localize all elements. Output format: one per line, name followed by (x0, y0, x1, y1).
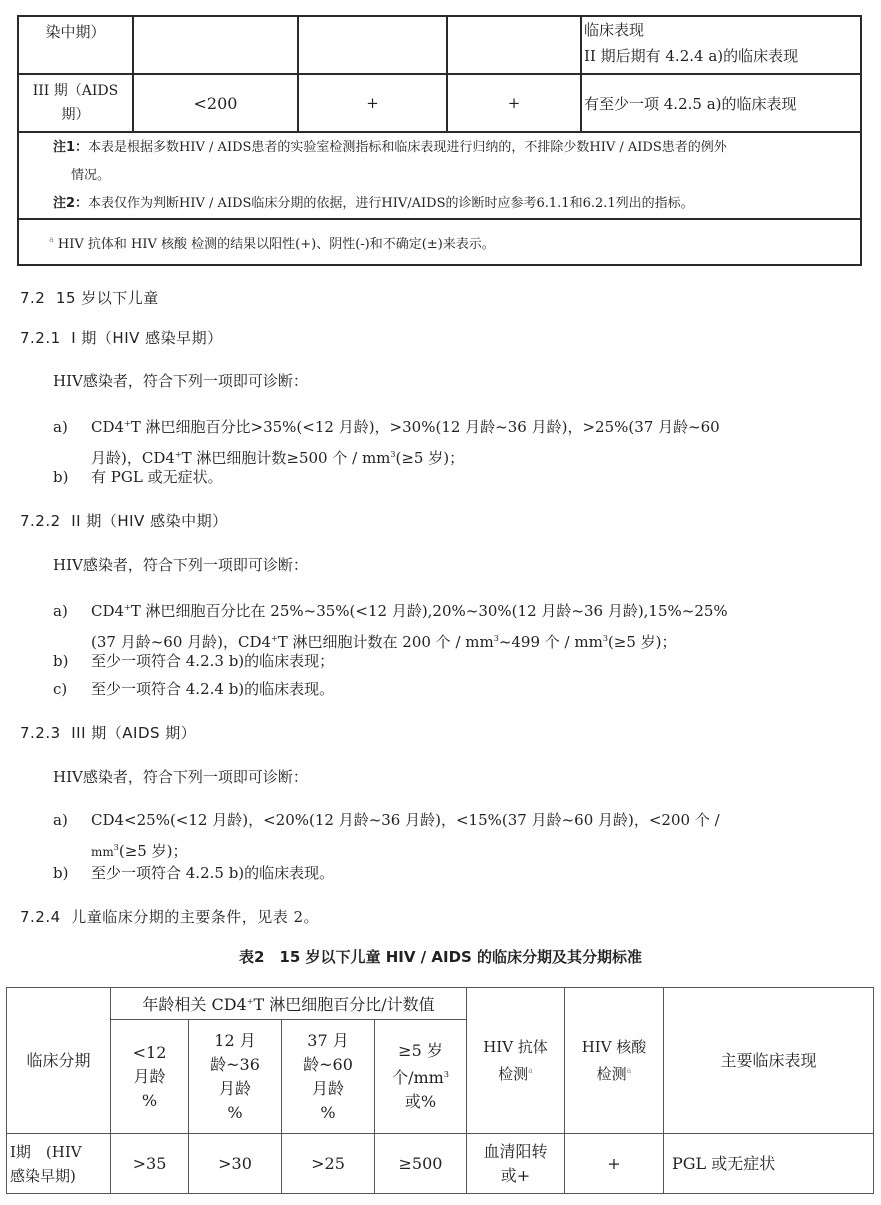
header-line: 月龄 (282, 1077, 374, 1101)
header-text: T 淋巴细胞百分比/计数值 (253, 995, 434, 1014)
heading-7-2-2: 7.2.2 II 期（HIV 感染中期） (20, 510, 228, 531)
item-text: T 淋巴细胞百分比>35%(<12 月龄)，>30%(12 月龄~36 月龄)，… (131, 418, 720, 436)
header-row: 临床分期 年龄相关 CD4+T 淋巴细胞百分比/计数值 HIV 抗体 检测a H… (7, 988, 874, 1020)
cd4-cell: <200 (133, 74, 298, 132)
clinical-line: II 期后期有 4.2.4 a)的临床表现 (584, 43, 860, 69)
intro-text: HIV感染者，符合下列一项即可诊断： (53, 370, 308, 391)
clinical-cell: 有至少一项 4.2.5 a)的临床表现 (581, 74, 861, 132)
stage-cell: III 期（AIDS 期） (18, 74, 133, 132)
item-text: mm (91, 845, 114, 859)
section-number: 7.2.1 (20, 329, 61, 347)
stage-cell: 染中期） (18, 16, 133, 74)
header-text: 检测 (498, 1065, 528, 1083)
item-text: T 淋巴细胞计数在 200 个 / mm (278, 633, 494, 651)
item-label: a) (53, 597, 91, 625)
table-row: III 期（AIDS 期） <200 + + 有至少一项 4.2.5 a)的临床… (18, 74, 861, 132)
nucleic-cell: + (565, 1134, 664, 1194)
item-text: 月龄)，CD4 (91, 449, 175, 467)
header-line: 龄~60 (282, 1053, 374, 1077)
item-label: a) (53, 806, 91, 834)
item-text: (37 月龄~60 月龄)，CD4 (91, 633, 271, 651)
heading-7-2-4: 7.2.4 儿童临床分期的主要条件，见表 2。 (20, 906, 319, 927)
item-label: b) (53, 468, 91, 486)
header-lt12: <12 月龄 % (111, 1020, 189, 1134)
intro-text: HIV感染者，符合下列一项即可诊断： (53, 766, 308, 787)
item-text: 至少一项符合 4.2.4 b)的临床表现。 (91, 680, 334, 698)
item-label: a) (53, 413, 91, 441)
section-text: 儿童临床分期的主要条件，见表 2。 (71, 908, 319, 926)
clinical-cell: PGL 或无症状 (664, 1134, 874, 1194)
m37-60-cell: >25 (282, 1134, 375, 1194)
header-line: % (282, 1101, 374, 1125)
cell-line: 或+ (467, 1164, 564, 1188)
stage-text: 染中期） (45, 23, 105, 41)
item-label: b) (53, 864, 91, 882)
table-row: 染中期） 临床表现 II 期后期有 4.2.4 a)的临床表现 (18, 16, 861, 74)
header-text: HIV 核酸 (565, 1035, 663, 1059)
header-line: % (111, 1089, 188, 1113)
section-number: 7.2.4 (20, 908, 61, 926)
note-text: 本表是根据多数HIV / AIDS患者的实验室检测指标和临床表现进行归纳的，不排… (88, 140, 727, 155)
header-text: 临床分期 (26, 1051, 90, 1070)
heading-7-2: 7.2 15 岁以下儿童 (20, 287, 159, 308)
header-text: 年龄相关 CD4 (142, 995, 246, 1014)
stage-line: III 期（AIDS (19, 79, 132, 103)
section-number: 7.2.2 (20, 512, 61, 530)
header-line: 或% (375, 1090, 466, 1114)
item-text: T 淋巴细胞计数≥500 个 / mm (182, 449, 391, 467)
adult-staging-table: 染中期） 临床表现 II 期后期有 4.2.4 a)的临床表现 III 期（AI… (17, 15, 862, 266)
list-item: a)CD4<25%(<12 月龄)，<20%(12 月龄~36 月龄)，<15%… (53, 806, 878, 866)
header-line: % (189, 1101, 281, 1125)
cd4-cell (133, 16, 298, 74)
item-label: b) (53, 652, 91, 670)
section-title: I 期（HIV 感染早期） (71, 329, 222, 347)
header-line: ≥5 岁 (375, 1039, 466, 1063)
item-text: CD4<25%(<12 月龄)，<20%(12 月龄~36 月龄)，<15%(3… (91, 811, 720, 829)
header-nucleic: HIV 核酸 检测a (565, 988, 664, 1134)
header-ge5: ≥5 岁 个/mm3 或% (375, 1020, 467, 1134)
notes-row: 注1：本表是根据多数HIV / AIDS患者的实验室检测指标和临床表现进行归纳的… (18, 132, 861, 219)
intro-text: HIV感染者，符合下列一项即可诊断： (53, 554, 308, 575)
note-continuation: 情况。 (53, 162, 860, 190)
clinical-line: 临床表现 (584, 17, 860, 43)
item-label: c) (53, 680, 91, 698)
header-text: HIV 抗体 (467, 1035, 564, 1059)
header-line: 龄~36 (189, 1053, 281, 1077)
stage-line: I期 (HIV (10, 1140, 110, 1164)
item-text: CD4 (91, 418, 124, 436)
antibody-cell: 血清阳转 或+ (467, 1134, 565, 1194)
header-cd4-group: 年龄相关 CD4+T 淋巴细胞百分比/计数值 (111, 988, 467, 1020)
item-text: T 淋巴细胞百分比在 25%~35%(<12 月龄),20%~30%(12 月龄… (131, 602, 728, 620)
header-line: 月龄 (111, 1065, 188, 1089)
footnote-text: HIV 抗体和 HIV 核酸 检测的结果以阳性(+)、阴性(-)和不确定(±)来… (58, 237, 495, 252)
header-37-60: 37 月 龄~60 月龄 % (282, 1020, 375, 1134)
note-2: 注2：本表仅作为判断HIV / AIDS临床分期的依据，进行HIV/AIDS的诊… (53, 190, 860, 218)
nucleic-cell: + (447, 74, 581, 132)
header-line: 12 月 (189, 1029, 281, 1053)
antibody-cell: + (298, 74, 447, 132)
item-text: CD4 (91, 602, 124, 620)
item-text: (≥5 岁)； (608, 633, 677, 651)
stage-cell: I期 (HIV 感染早期) (7, 1134, 111, 1194)
notes-cell: 注1：本表是根据多数HIV / AIDS患者的实验室检测指标和临床表现进行归纳的… (18, 132, 861, 219)
nucleic-cell (447, 16, 581, 74)
ge5-cell: ≥500 (375, 1134, 467, 1194)
item-text: 有 PGL 或无症状。 (91, 468, 223, 486)
item-text: 至少一项符合 4.2.5 b)的临床表现。 (91, 864, 334, 882)
footnote-mark: a (49, 235, 54, 244)
item-text: (≥5 岁)； (395, 449, 464, 467)
header-clinical: 主要临床表现 (664, 988, 874, 1134)
section-title: II 期（HIV 感染中期） (71, 512, 227, 530)
note-label: 注1： (53, 140, 88, 155)
section-number: 7.2.3 (20, 724, 61, 742)
note-text: 本表仅作为判断HIV / AIDS临床分期的依据，进行HIV/AIDS的诊断时应… (88, 196, 694, 211)
clinical-cell: 临床表现 II 期后期有 4.2.4 a)的临床表现 (581, 16, 861, 74)
header-text: 主要临床表现 (720, 1051, 816, 1070)
list-item: b)至少一项符合 4.2.3 b)的临床表现； (53, 650, 334, 671)
note-label: 注2： (53, 196, 88, 211)
table-row: I期 (HIV 感染早期) >35 >30 >25 ≥500 血清阳转 或+ +… (7, 1134, 874, 1194)
list-item: b)至少一项符合 4.2.5 b)的临床表现。 (53, 862, 334, 883)
heading-7-2-1: 7.2.1 I 期（HIV 感染早期） (20, 327, 223, 348)
header-12-36: 12 月 龄~36 月龄 % (189, 1020, 282, 1134)
list-item: a)CD4+T 淋巴细胞百分比>35%(<12 月龄)，>30%(12 月龄~3… (53, 410, 873, 472)
m12-36-cell: >30 (189, 1134, 282, 1194)
section-title: III 期（AIDS 期） (71, 724, 196, 742)
list-item: b)有 PGL 或无症状。 (53, 466, 223, 487)
item-text: (≥5 岁)； (119, 842, 188, 860)
heading-7-2-3: 7.2.3 III 期（AIDS 期） (20, 722, 196, 743)
item-text: ~499 个 / mm (499, 633, 603, 651)
footnote-cell: a HIV 抗体和 HIV 核酸 检测的结果以阳性(+)、阴性(-)和不确定(±… (18, 219, 861, 265)
header-text: 检测 (597, 1065, 627, 1083)
list-item: a)CD4+T 淋巴细胞百分比在 25%~35%(<12 月龄),20%~30%… (53, 594, 878, 656)
children-staging-table: 临床分期 年龄相关 CD4+T 淋巴细胞百分比/计数值 HIV 抗体 检测a H… (6, 987, 874, 1194)
list-item: c)至少一项符合 4.2.4 b)的临床表现。 (53, 678, 334, 699)
lt12-cell: >35 (111, 1134, 189, 1194)
antibody-cell (298, 16, 447, 74)
section-number: 7.2 (20, 289, 45, 307)
header-stage: 临床分期 (7, 988, 111, 1134)
header-line: 37 月 (282, 1029, 374, 1053)
note-1: 注1：本表是根据多数HIV / AIDS患者的实验室检测指标和临床表现进行归纳的… (53, 134, 860, 162)
section-title: 15 岁以下儿童 (56, 289, 159, 307)
stage-line: 期） (19, 103, 132, 127)
table-caption: 表2 15 岁以下儿童 HIV / AIDS 的临床分期及其分期标准 (0, 946, 881, 967)
header-line: <12 (111, 1041, 188, 1065)
header-antibody: HIV 抗体 检测a (467, 988, 565, 1134)
cell-line: 血清阳转 (467, 1140, 564, 1164)
footnote-row: a HIV 抗体和 HIV 核酸 检测的结果以阳性(+)、阴性(-)和不确定(±… (18, 219, 861, 265)
stage-line: 感染早期) (10, 1164, 110, 1188)
item-text: 至少一项符合 4.2.3 b)的临床表现； (91, 652, 334, 670)
header-line: 月龄 (189, 1077, 281, 1101)
header-line: 个/mm (392, 1068, 444, 1087)
